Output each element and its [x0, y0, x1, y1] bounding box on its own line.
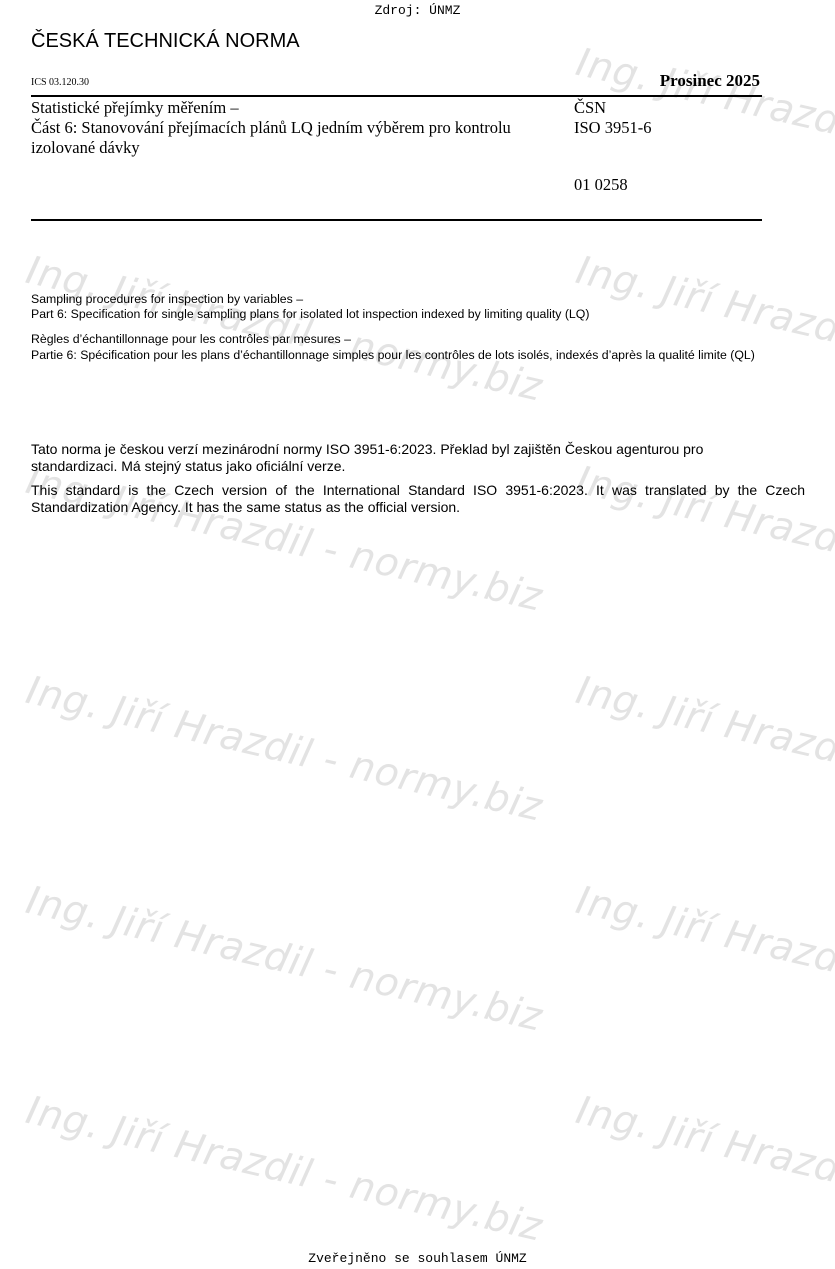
document-page: Zdroj: ÚNMZ ČESKÁ TECHNICKÁ NORMA ICS 03…	[0, 0, 835, 1269]
czech-title-line: Část 6: Stanovování přejímacích plánů LQ…	[31, 118, 561, 138]
english-title-line: Sampling procedures for inspection by va…	[31, 292, 801, 307]
french-title-line: Partie 6: Spécification pour les plans d…	[31, 348, 806, 364]
norm-type-heading: ČESKÁ TECHNICKÁ NORMA	[31, 30, 300, 53]
footer-label: Zveřejněno se souhlasem ÚNMZ	[0, 1251, 835, 1266]
english-version-note: This standard is the Czech version of th…	[31, 482, 805, 516]
french-title: Règles d’échantillonnage pour les contrô…	[31, 332, 806, 363]
release-date: Prosinec 2025	[660, 71, 760, 91]
english-title: Sampling procedures for inspection by va…	[31, 292, 801, 322]
czech-title: Statistické přejímky měřením – Část 6: S…	[31, 98, 561, 158]
classification-code: 01 0258	[574, 175, 628, 195]
czech-title-line: Statistické přejímky měřením –	[31, 98, 561, 118]
top-rule	[31, 95, 762, 97]
bottom-rule	[31, 219, 762, 221]
source-label: Zdroj: ÚNMZ	[0, 3, 835, 18]
designation-number: ISO 3951-6	[574, 118, 651, 138]
english-title-line: Part 6: Specification for single samplin…	[31, 307, 801, 322]
standard-designation: ČSN ISO 3951-6	[574, 98, 651, 138]
ics-code: ICS 03.120.30	[31, 77, 89, 88]
czech-version-note: Tato norma je českou verzí mezinárodní n…	[31, 441, 776, 475]
czech-title-line: izolované dávky	[31, 138, 561, 158]
designation-prefix: ČSN	[574, 98, 651, 118]
french-title-line: Règles d’échantillonnage pour les contrô…	[31, 332, 806, 348]
